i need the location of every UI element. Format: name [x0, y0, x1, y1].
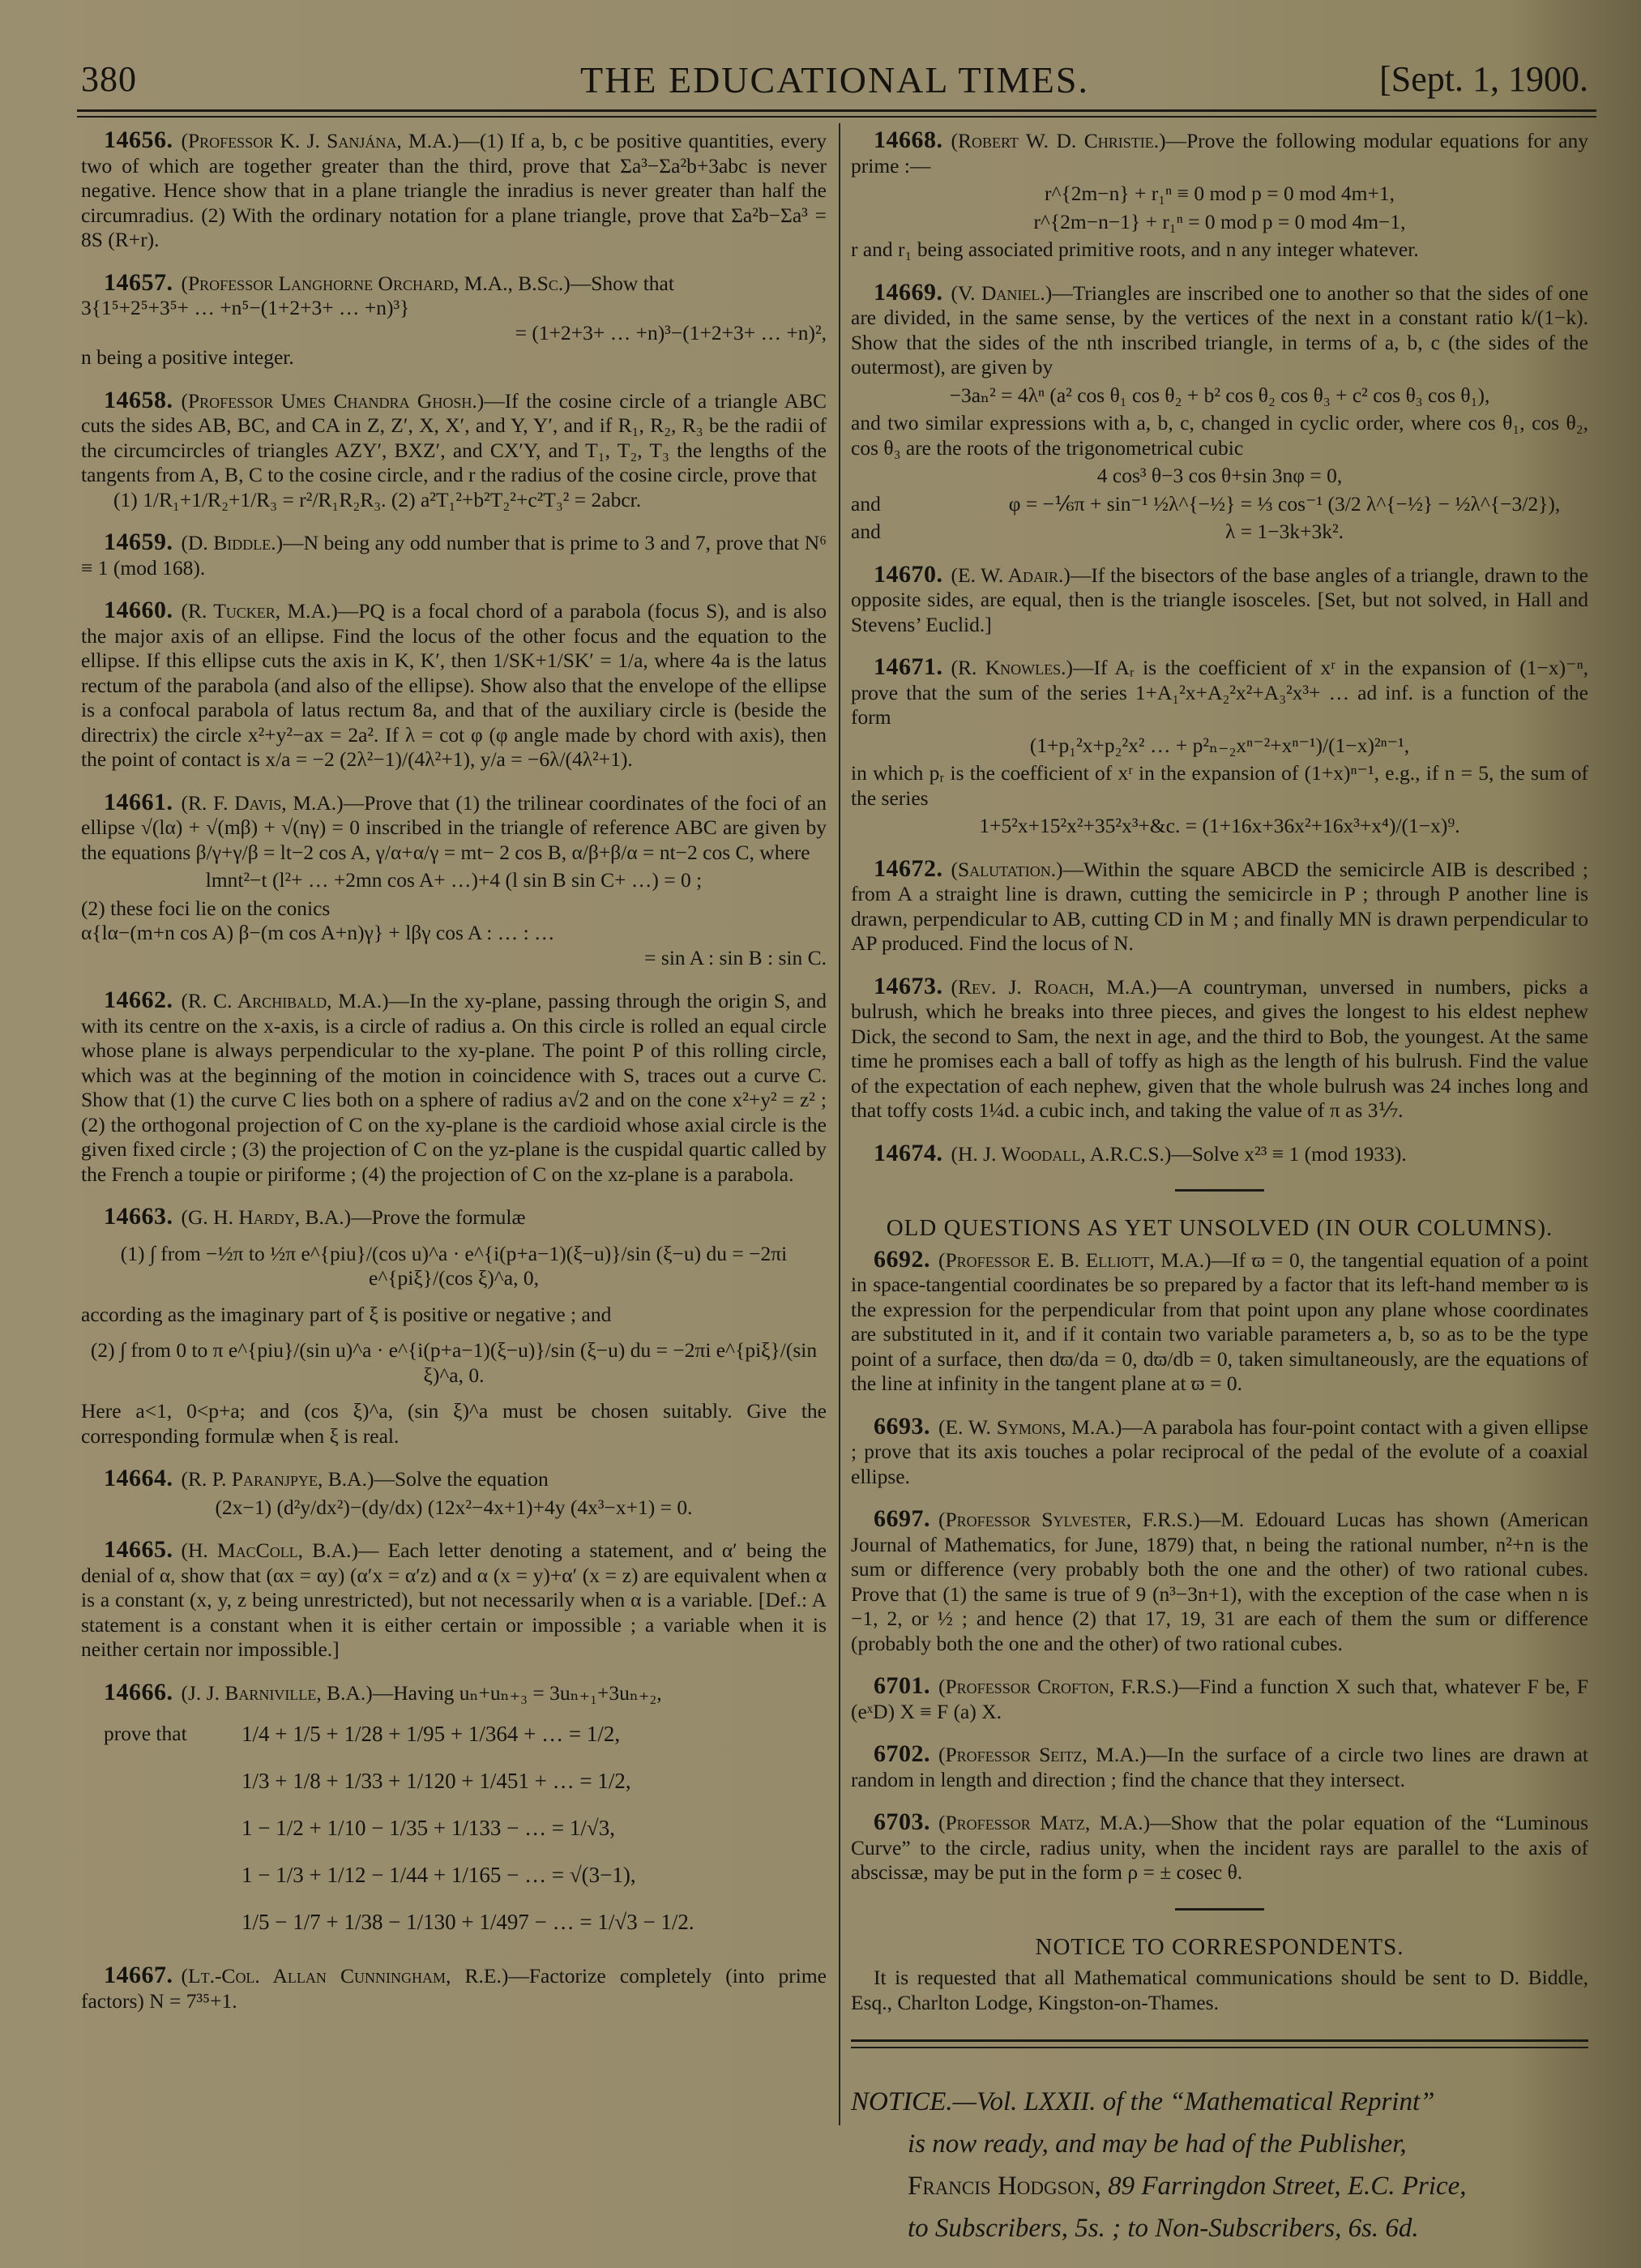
question-author: (R. Tucker, M.A.) — [182, 599, 338, 623]
question-14662: 14662.(R. C. Archibald, M.A.)—In the xy-… — [81, 988, 827, 1187]
question-14664: 14664.(R. P. Paranjpye, B.A.)—Solve the … — [81, 1466, 827, 1520]
question-14673: 14673.(Rev. J. Roach, M.A.)—A countryman… — [851, 974, 1588, 1123]
question-author: (R. P. Paranjpye, B.A.) — [182, 1467, 374, 1491]
equation: 3{1⁵+2⁵+3⁵+ … +n⁵−(1+2+3+ … +n)³} — [81, 296, 827, 321]
equation: = (1+2+3+ … +n)³−(1+2+3+ … +n)², — [81, 321, 827, 346]
question-6697: 6697.(Professor Sylvester, F.R.S.)—M. Ed… — [851, 1507, 1588, 1656]
question-author: (Rev. J. Roach, M.A.) — [951, 975, 1157, 999]
equation: 1+5²x+15²x²+35²x³+&c. = (1+16x+36x²+16x³… — [851, 814, 1588, 839]
notice-rule — [851, 2039, 1588, 2042]
series-row: 1 − 1/2 + 1/10 − 1/35 + 1/133 − … = 1/√3… — [81, 1804, 827, 1851]
series-row: prove that1/4 + 1/5 + 1/28 + 1/95 + 1/36… — [81, 1710, 827, 1757]
question-author: (Professor Sylvester, F.R.S.) — [938, 1508, 1200, 1531]
question-author: (Professor Crofton, F.R.S.) — [938, 1675, 1178, 1698]
header-rule — [77, 109, 1596, 112]
question-author: (Robert W. D. Christie.) — [951, 129, 1166, 152]
left-column: 14656.(Professor K. J. Sanjána, M.A.)—(1… — [81, 128, 827, 2031]
equation: = sin A : sin B : sin C. — [81, 946, 827, 971]
question-14671: 14671.(R. Knowles.)—If Aᵣ is the coeffic… — [851, 655, 1588, 839]
series-row: 1 − 1/3 + 1/12 − 1/44 + 1/165 − … = √(3−… — [81, 1851, 827, 1898]
publisher-name: Francis Hodgson, — [908, 2172, 1101, 2201]
correspondents-text: It is requested that all Mathematical co… — [851, 1966, 1588, 2015]
reprint-notice: NOTICE.—Vol. LXXII. of the “Mathematical… — [851, 2081, 1588, 2249]
question-14657: 14657.(Professor Langhorne Orchard, M.A.… — [81, 271, 827, 370]
question-6703: 6703.(Professor Matz, M.A.)—Show that th… — [851, 1810, 1588, 1885]
question-author: (R. C. Archibald, M.A.) — [182, 989, 389, 1012]
publication-title: THE EDUCATIONAL TIMES. — [81, 58, 1588, 101]
issue-date: [Sept. 1, 1900. — [1379, 58, 1588, 100]
series-row: 1/5 − 1/7 + 1/38 − 1/130 + 1/497 − … = 1… — [81, 1898, 827, 1945]
equation: r^{2m−n} + r₁ⁿ ≡ 0 mod p = 0 mod 4m+1, — [851, 182, 1588, 207]
notice-rule-secondary — [851, 2047, 1588, 2048]
question-14658: 14658.(Professor Umes Chandra Ghosh.)—If… — [81, 388, 827, 513]
section-divider — [1175, 1189, 1264, 1192]
question-14674: 14674.(H. J. Woodall, A.R.C.S.)—Solve x²… — [851, 1141, 1588, 1167]
equation: 4 cos³ θ−3 cos θ+sin 3nφ = 0, — [851, 464, 1588, 489]
question-author: (R. F. Davis, M.A.) — [182, 791, 344, 815]
series-row: 1/3 + 1/8 + 1/33 + 1/120 + 1/451 + … = 1… — [81, 1757, 827, 1804]
equation: (1) 1/R₁+1/R₂+1/R₃ = r²/R₁R₂R₃. (2) a²T₁… — [81, 488, 827, 513]
question-author: (G. H. Hardy, B.A.) — [182, 1205, 352, 1229]
question-author: (J. J. Barniville, B.A.) — [182, 1681, 373, 1705]
question-author: (H. J. Woodall, A.R.C.S.) — [951, 1142, 1172, 1166]
question-author: (R. Knowles.) — [951, 656, 1074, 679]
question-14668: 14668.(Robert W. D. Christie.)—Prove the… — [851, 128, 1588, 263]
question-author: (Professor K. J. Sanjána, M.A.) — [182, 129, 459, 152]
question-14670: 14670.(E. W. Adair.)—If the bisectors of… — [851, 563, 1588, 638]
question-author: (D. Biddle.) — [182, 531, 284, 554]
newspaper-page: 380 THE EDUCATIONAL TIMES. [Sept. 1, 190… — [0, 0, 1641, 2268]
question-author: (E. W. Adair.) — [951, 563, 1070, 587]
column-divider — [839, 123, 840, 2125]
question-author: (Professor Seitz, M.A.) — [938, 1743, 1147, 1766]
question-14661: 14661.(R. F. Davis, M.A.)—Prove that (1)… — [81, 790, 827, 971]
equation: φ = −⅙π + sin⁻¹ ½λ^{−½} = ⅓ cos⁻¹ (3/2 λ… — [981, 492, 1588, 517]
question-author: (Salutation.) — [951, 858, 1063, 881]
question-6692: 6692.(Professor E. B. Elliott, M.A.)—If … — [851, 1247, 1588, 1397]
page-header: 380 THE EDUCATIONAL TIMES. [Sept. 1, 190… — [81, 58, 1588, 107]
question-author: (Professor E. B. Elliott, M.A.) — [938, 1248, 1212, 1272]
question-14667: 14667.(Lt.-Col. Allan Cunningham, R.E.)—… — [81, 1963, 827, 2013]
question-14672: 14672.(Salutation.)—Within the square AB… — [851, 857, 1588, 956]
equation: λ = 1−3k+3k². — [981, 520, 1588, 545]
question-author: (Professor Umes Chandra Ghosh.) — [182, 389, 485, 413]
series-list: prove that1/4 + 1/5 + 1/28 + 1/95 + 1/36… — [81, 1710, 827, 1945]
old-questions-heading: OLD QUESTIONS AS YET UNSOLVED (IN OUR CO… — [851, 1216, 1588, 1241]
question-6702: 6702.(Professor Seitz, M.A.)—In the surf… — [851, 1742, 1588, 1792]
correspondents-heading: NOTICE TO CORRESPONDENTS. — [851, 1935, 1588, 1960]
equation: r^{2m−n−1} + r₁ⁿ = 0 mod p = 0 mod 4m−1, — [851, 210, 1588, 235]
question-14666: 14666.(J. J. Barniville, B.A.)—Having uₙ… — [81, 1680, 827, 1946]
question-14659: 14659.(D. Biddle.)—N being any odd numbe… — [81, 530, 827, 580]
right-column: 14668.(Robert W. D. Christie.)—Prove the… — [851, 128, 1588, 2249]
section-divider — [1175, 1908, 1264, 1911]
integral-equation-1: (1) ∫ from −½π to ½π e^{piu}/(cos u)^a ·… — [81, 1242, 827, 1291]
equation: lmnt²−t (l²+ … +2mn cos A+ …)+4 (l sin B… — [81, 868, 827, 893]
question-author: (H. MacColl, B.A.) — [182, 1538, 358, 1562]
question-14663: 14663.(G. H. Hardy, B.A.)—Prove the form… — [81, 1205, 827, 1449]
equation: −3aₙ² = 4λⁿ (a² cos θ₁ cos θ₂ + b² cos θ… — [851, 383, 1588, 409]
equation: (2x−1) (d²y/dx²)−(dy/dx) (12x²−4x+1)+4y … — [81, 1496, 827, 1521]
integral-equation-2: (2) ∫ from 0 to π e^{piu}/(sin u)^a · e^… — [81, 1338, 827, 1388]
question-14656: 14656.(Professor K. J. Sanjána, M.A.)—(1… — [81, 128, 827, 253]
question-author: (Lt.-Col. Allan Cunningham, R.E.) — [182, 1964, 509, 1988]
question-author: (Professor Langhorne Orchard, M.A., B.Sc… — [182, 272, 571, 295]
question-author: (Professor Matz, M.A.) — [938, 1811, 1150, 1834]
question-author: (V. Daniel.) — [951, 281, 1053, 305]
question-14665: 14665.(H. MacColl, B.A.)— Each letter de… — [81, 1538, 827, 1662]
question-14669: 14669.(V. Daniel.)—Triangles are inscrib… — [851, 280, 1588, 545]
question-6701: 6701.(Professor Crofton, F.R.S.)—Find a … — [851, 1674, 1588, 1724]
question-author: (E. W. Symons, M.A.) — [938, 1415, 1122, 1439]
question-14660: 14660.(R. Tucker, M.A.)—PQ is a focal ch… — [81, 598, 827, 772]
header-rule-secondary — [77, 116, 1596, 118]
question-6693: 6693.(E. W. Symons, M.A.)—A parabola has… — [851, 1414, 1588, 1490]
equation: α{lα−(m+n cos A) β−(m cos A+n)γ} + lβγ c… — [81, 921, 827, 946]
equation: (1+p₁²x+p₂²x² … + p²ₙ₋₂xⁿ⁻²+xⁿ⁻¹)/(1−x)²… — [851, 734, 1588, 759]
